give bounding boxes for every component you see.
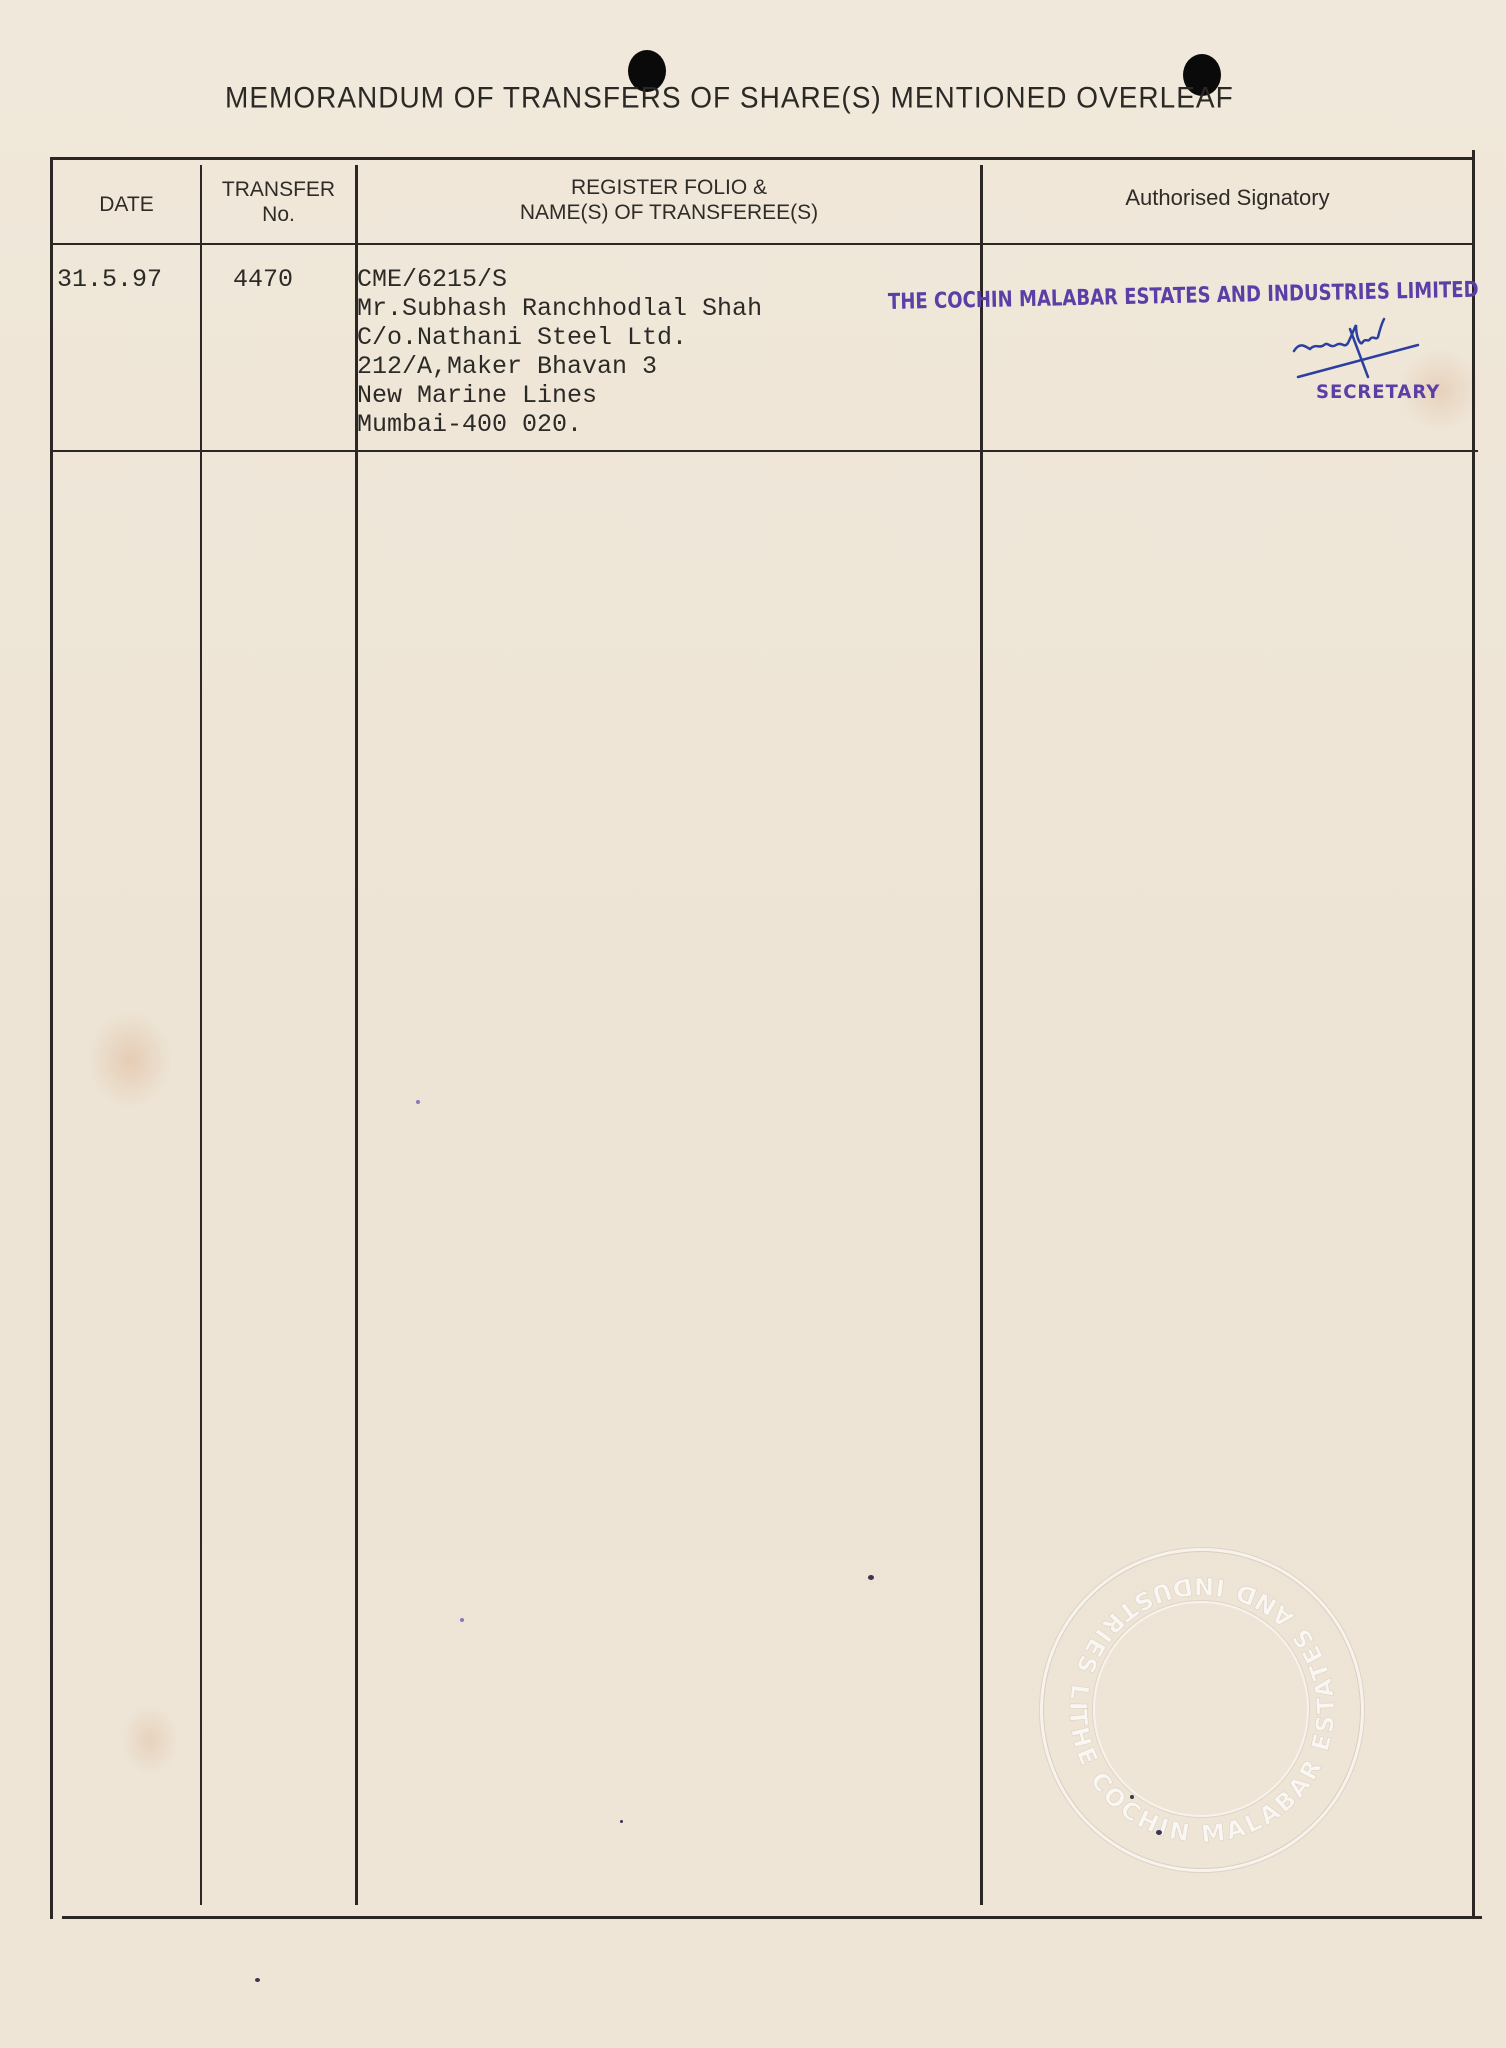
address-line-3: New Marine Lines [357,381,597,410]
ink-speck [620,1820,623,1823]
ink-speck [1156,1830,1162,1835]
header-transfer-no: TRANSFER No. [202,177,355,227]
address-line-4: Mumbai-400 020. [357,410,582,439]
ink-speck [255,1978,260,1982]
cell-date: 31.5.97 [57,265,162,294]
table-left-border [50,157,53,1919]
divider-folio-signatory [980,165,983,1905]
company-stamp: THE COCHIN MALABAR ESTATES AND INDUSTRIE… [888,278,1479,315]
row-bottom-border [50,450,1478,452]
seal-text-icon: THE COCHIN MALABAR ESTATES AND INDUSTRIE… [1040,1548,1364,1872]
address-line-1: C/o.Nathani Steel Ltd. [357,323,687,352]
folio-number: CME/6215/S [357,265,507,294]
header-register-folio: REGISTER FOLIO & NAME(S) OF TRANSFEREE(S… [358,175,980,225]
ink-speck [416,1100,420,1104]
secretary-stamp: SECRETARY [1316,381,1440,403]
ink-speck [1130,1795,1134,1799]
ink-speck [460,1618,464,1622]
document-page: MEMORANDUM OF TRANSFERS OF SHARE(S) MENT… [0,0,1506,2048]
table-bottom-border [62,1916,1482,1919]
document-title: MEMORANDUM OF TRANSFERS OF SHARE(S) MENT… [225,81,1295,115]
svg-text:THE COCHIN MALABAR ESTATES AND: THE COCHIN MALABAR ESTATES AND INDUSTRIE… [1040,1548,1340,1849]
header-date: DATE [53,192,200,217]
table-right-border [1472,150,1475,1917]
embossed-seal: THE COCHIN MALABAR ESTATES AND INDUSTRIE… [1040,1548,1364,1872]
divider-date-transfer [200,165,202,1905]
ink-speck [868,1575,874,1580]
table-top-border [50,157,1475,160]
header-authorised-signatory: Authorised Signatory [983,185,1472,210]
header-bottom-border [50,243,1475,245]
address-line-2: 212/A,Maker Bhavan 3 [357,352,657,381]
transferee-name: Mr.Subhash Ranchhodlal Shah [357,294,762,323]
cell-transfer-no: 4470 [233,265,293,294]
signature-icon [1290,315,1460,385]
